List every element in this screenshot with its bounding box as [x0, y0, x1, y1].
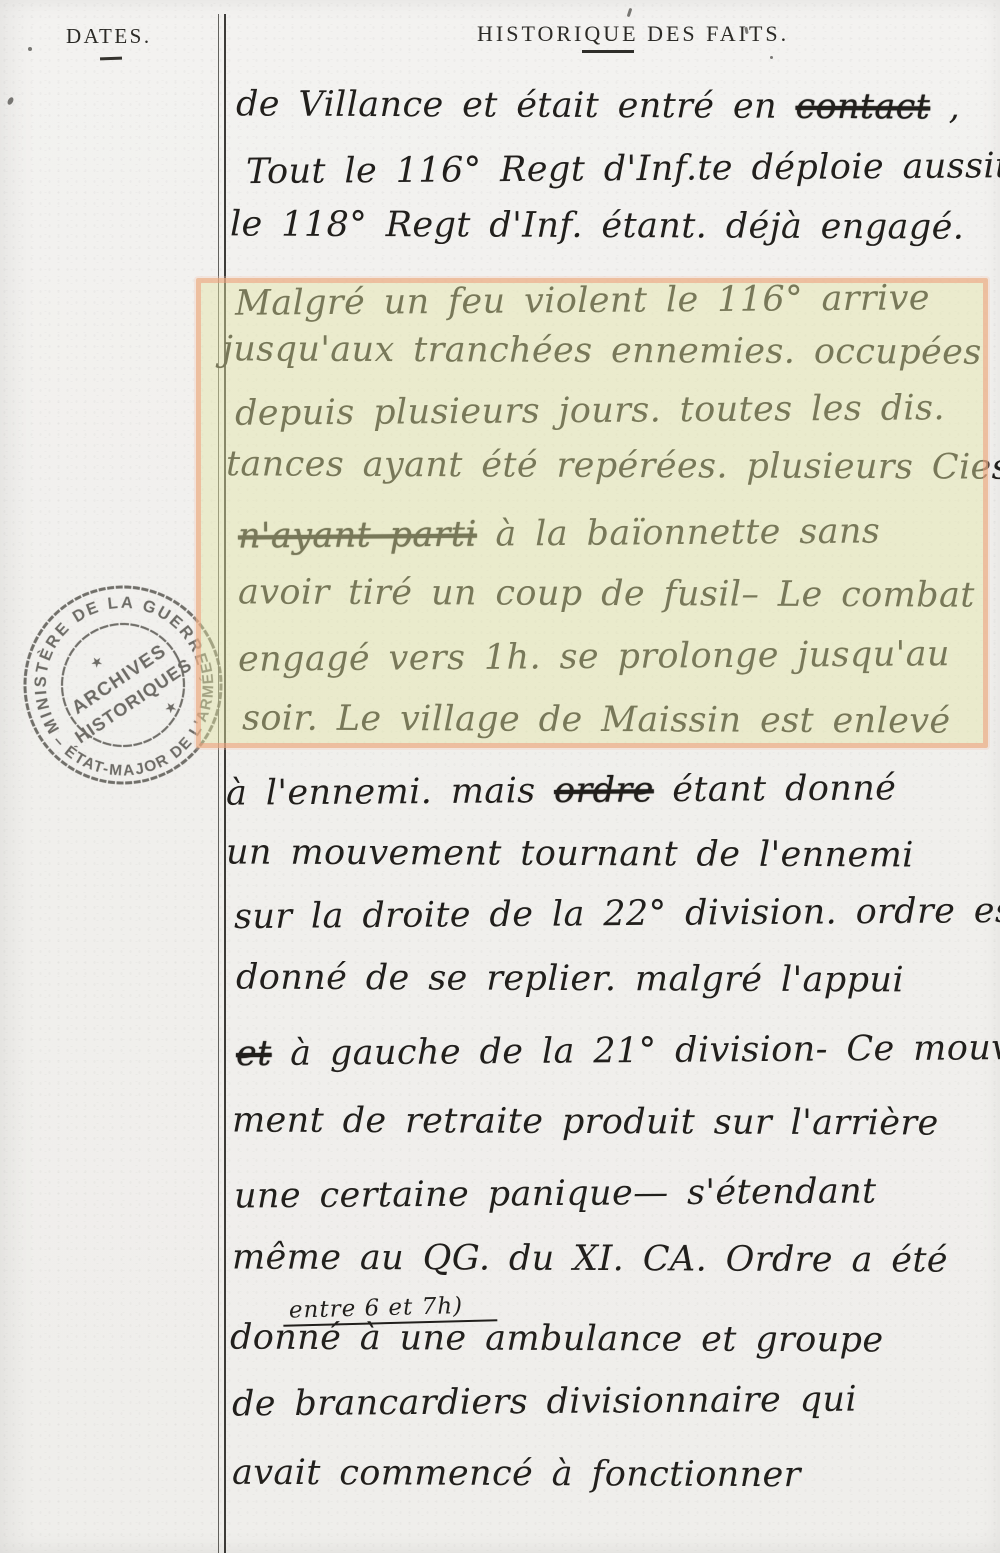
scanned-war-diary-page: DATES. HISTORIQUE DES FAITS. MINISTÈRE D…	[0, 0, 1000, 1553]
handwritten-text: avoir tiré un coup de fusil– Le combat	[238, 572, 975, 615]
manuscript-line-1: de Villance et était entré en contact ,	[236, 84, 960, 127]
manuscript-line-11: soir. Le village de Maissin est enlevé	[242, 698, 951, 741]
struck-text: et	[236, 1034, 272, 1074]
manuscript-line-16: et à gauche de la 21° division- Ce mouve…	[236, 1028, 1000, 1074]
handwritten-text: un mouvement tournant de l'ennemi	[226, 832, 914, 875]
ink-speck	[627, 8, 633, 17]
manuscript-line-7: tances ayant été repérées. plusieurs Cie…	[226, 444, 1000, 487]
manuscript-line-10: engagé vers 1h. se prolonge jusqu'au	[238, 634, 950, 680]
struck-text: n'ayant parti	[238, 515, 477, 557]
handwritten-text: à gauche de la 21° division- Ce mouve.	[271, 1028, 1000, 1074]
manuscript-line-8: n'ayant parti à la baïonnette sans	[238, 511, 881, 556]
manuscript-line-3: le 118° Regt d'Inf. étant. déjà engagé.	[230, 204, 964, 247]
manuscript-line-17: ment de retraite produit sur l'arrière	[232, 1100, 939, 1143]
manuscript-line-2: Tout le 116° Regt d'Inf.te déploie aussi…	[246, 146, 1000, 192]
page-title: HISTORIQUE DES FAITS.	[477, 21, 789, 47]
handwritten-text: soir. Le village de Maissin est enlevé	[242, 698, 951, 741]
ink-speck	[6, 96, 14, 105]
manuscript-line-9: avoir tiré un coup de fusil– Le combat	[238, 572, 975, 615]
handwritten-text: même au QG. du XI. CA. Ordre a été	[232, 1237, 948, 1280]
handwritten-text: de Villance et était entré en	[236, 84, 796, 126]
handwritten-text: donné à une ambulance et groupe	[230, 1318, 884, 1361]
handwritten-text: tances ayant été repérées. plusieurs Cie…	[226, 444, 1000, 487]
handwritten-text: Malgré un feu violent le 116° arrive	[235, 278, 930, 323]
handwritten-text: une certaine panique— s'étendant	[234, 1171, 877, 1216]
manuscript-line-14: sur la droite de la 22° division. ordre …	[234, 891, 1000, 937]
handwritten-text: Tout le 116° Regt d'Inf.te déploie aussi…	[246, 146, 1000, 192]
manuscript-line-15: donné de se replier. malgré l'appui	[236, 958, 904, 1001]
handwritten-text: le 118° Regt d'Inf. étant. déjà engagé.	[230, 204, 964, 247]
stamp-star-top-icon: ★	[87, 652, 106, 672]
title-underline	[582, 50, 634, 53]
manuscript-line-21: de brancardiers divisionnaire qui	[232, 1380, 857, 1425]
handwritten-text: étant donné	[654, 768, 897, 810]
manuscript-line-22: avait commencé à fonctionner	[232, 1453, 801, 1495]
manuscript-line-19: même au QG. du XI. CA. Ordre a été	[232, 1237, 948, 1280]
dates-column-header: DATES.	[66, 24, 152, 49]
handwritten-text: à la baïonnette sans	[477, 511, 881, 554]
handwritten-text: sur la droite de la 22° division. ordre …	[234, 891, 1000, 937]
handwritten-text: ,	[930, 87, 960, 127]
handwritten-text: ment de retraite produit sur l'arrière	[232, 1100, 939, 1143]
handwritten-text: à l'ennemi. mais	[226, 771, 554, 814]
ink-speck	[28, 47, 32, 51]
manuscript-line-12: à l'ennemi. mais ordre étant donné	[226, 768, 897, 813]
manuscript-line-5: jusqu'aux tranchées ennemies. occupées	[222, 329, 982, 372]
manuscript-line-20: donné à une ambulance et groupe	[230, 1318, 884, 1361]
struck-text: ordre	[554, 770, 654, 811]
column-rule-left	[218, 14, 219, 1553]
handwritten-text: depuis plusieurs jours. toutes les dis.	[235, 388, 945, 434]
manuscript-line-13: un mouvement tournant de l'ennemi	[226, 832, 914, 875]
dates-underline-dash	[100, 57, 122, 60]
handwritten-text: de brancardiers divisionnaire qui	[232, 1380, 857, 1425]
handwritten-text: donné de se replier. malgré l'appui	[236, 958, 904, 1001]
ink-speck	[770, 56, 773, 59]
manuscript-line-6: depuis plusieurs jours. toutes les dis.	[235, 388, 945, 434]
handwritten-text: jusqu'aux tranchées ennemies. occupées	[222, 329, 982, 372]
handwritten-text: engagé vers 1h. se prolonge jusqu'au	[238, 634, 950, 680]
manuscript-line-4: Malgré un feu violent le 116° arrive	[235, 278, 930, 323]
manuscript-line-18: une certaine panique— s'étendant	[234, 1171, 877, 1216]
handwritten-text: avait commencé à fonctionner	[232, 1453, 801, 1495]
struck-text: contact	[795, 87, 930, 128]
